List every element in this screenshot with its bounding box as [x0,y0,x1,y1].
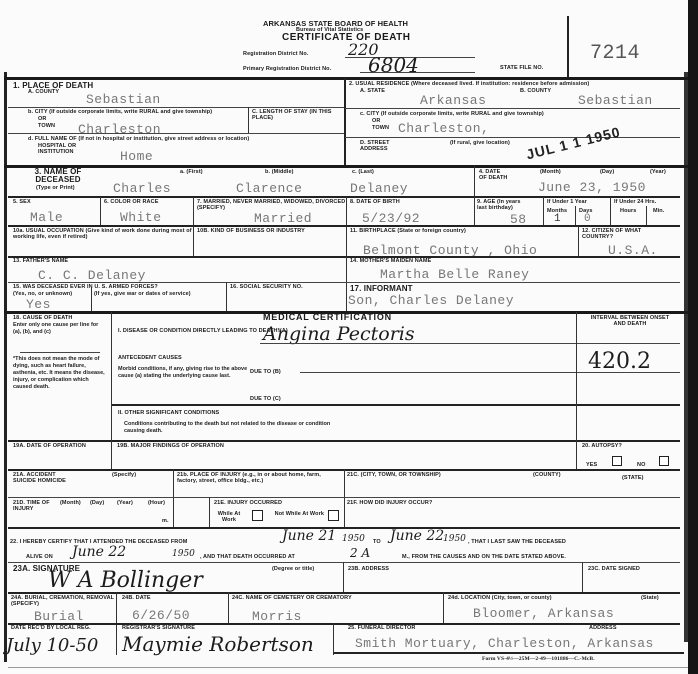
received-date-stamp: JUL 1 1 1950 [524,124,622,163]
race-label: 6. COLOR OR RACE [104,199,158,205]
name-sub-label: (Type or Print) [36,185,75,191]
residence-city-or: OR [372,118,380,124]
row-line [8,225,680,227]
scan-edge-right [688,0,698,674]
bottom-edge [8,667,688,668]
certificate-title: CERTIFICATE OF DEATH [282,32,411,43]
header-divider [4,77,688,80]
row-line [260,343,680,344]
primary-registration-value: 6804 [368,53,419,77]
cell-divider [173,469,174,527]
cell-divider [582,562,583,592]
cell-divider [346,226,347,256]
occupation-label: 10a. USUAL OCCUPATION (Give kind of work… [13,228,193,240]
cell-divider [543,197,544,225]
last-name-label: c. (Last) [352,169,374,175]
hospital-label: d. FULL NAME OF (If not in hospital or i… [28,136,249,142]
burial-type-label: 24a. BURIAL, CREMATION, REMOVAL (Specify… [11,595,116,607]
cell-divider [193,226,194,256]
accident-specify: (Specify) [112,472,136,478]
time-day-label: (Day) [90,500,104,506]
autopsy-label: 20. AUTOPSY? [582,443,622,449]
death-city-label: b. CITY (If outside corporate limits, wr… [28,109,212,115]
autopsy-yes-label: YES [586,462,597,468]
sex-label: 5. SEX [13,199,31,205]
armed-forces-value: Yes [26,297,51,312]
father-name-label: 13. FATHER'S NAME [13,258,68,264]
alive-on-value: June 22 [72,544,126,560]
antecedent-label: ANTECEDENT CAUSES [118,355,182,361]
row-line [8,133,344,134]
birthplace-label: 11. BIRTHPLACE (State or foreign country… [350,228,466,234]
cell-divider [226,282,227,312]
time-hour-label: (Hour) [148,500,165,506]
cell-divider [343,562,344,592]
cell-divider [474,166,475,197]
hospital-value: Home [120,149,153,164]
alive-on-label: ALIVE ON [26,554,53,560]
death-city-town: TOWN [38,123,55,129]
row-line [112,404,680,406]
attended-to-value: June 22 [390,528,444,544]
time-month-label: (Month) [60,500,81,506]
cell-divider [248,107,249,133]
cell-divider [91,288,92,312]
burial-date-label: 24b. DATE [122,595,151,601]
burial-state-label: (State) [641,595,659,601]
row-line [8,497,680,498]
place-residence-divider [344,78,346,166]
death-time-value: 2 A [350,546,370,560]
death-certificate: ARKANSAS STATE BOARD OF HEALTH Bureau of… [0,0,698,674]
residence-state-label: a. STATE [360,88,385,94]
residence-county-label: b. COUNTY [520,88,551,94]
usual-residence-label: 2. USUAL RESIDENCE (Where deceased lived… [349,81,589,87]
row-line [334,652,684,654]
other-conditions-description: Conditions contributing to the death but… [124,421,344,435]
middle-name-label: b. (Middle) [265,169,294,175]
state-file-value: 7214 [590,42,640,65]
cell-divider [100,197,101,225]
state-file-label: STATE FILE NO. [500,65,543,71]
cell-divider [575,206,576,225]
operation-date-label: 19a. DATE OF OPERATION [13,443,103,449]
residence-state-value: Arkansas [420,93,486,108]
degree-label: (Degree or title) [272,566,314,572]
form-border-right [684,72,688,642]
first-name-value: Charles [113,181,171,196]
burial-location-value: Bloomer, Arkansas [473,606,614,621]
row-line [8,440,680,442]
time-m-label: m. [162,518,169,524]
cell-divider [344,469,345,527]
days-value: 0 [584,213,591,225]
row-line [8,282,680,283]
months-value: 1 [554,213,561,225]
day-label: (Day) [600,169,614,175]
date-of-death-value: June 23, 1950 [538,180,646,195]
autopsy-no-checkbox[interactable] [659,456,669,466]
operation-findings-label: 19b. MAJOR FINDINGS OF OPERATION [117,443,224,449]
cell-divider [610,197,611,225]
sex-value: Male [30,210,63,225]
min-label: Min. [653,208,664,214]
cell-divider [576,312,577,440]
length-of-stay-label: c. LENGTH OF STAY (in this place) [252,109,337,121]
date-received-label: DATE REC'D BY LOCAL REG. [11,625,91,631]
row-line [8,527,680,529]
marital-status-value: Married [254,211,312,226]
cell-divider [193,197,194,225]
residence-city-value: Charleston, [398,121,489,136]
cause-note: *This does not mean the mode of dying, s… [13,356,108,391]
note-divider [20,352,100,353]
cell-divider [111,440,112,469]
hospital-sub-label: HOSPITAL OR INSTITUTION [38,143,93,155]
burial-date-value: 6/26/50 [132,608,190,623]
last-saw-statement: , THAT I LAST SAW THE DECEASED [468,539,566,545]
primary-registration-label: Primary Registration District No. [243,66,331,72]
due-to-b-label: DUE TO (b) [250,369,281,375]
ssn-label: 16. SOCIAL SECURITY NO. [230,284,303,290]
informant-value: Son, Charles Delaney [348,293,514,308]
funeral-director-label: 25. FUNERAL DIRECTOR [348,625,416,631]
time-year-label: (Year) [117,500,133,506]
cell-divider [474,197,475,225]
how-injury-label: 21f. HOW DID INJURY OCCUR? [347,500,432,506]
citizen-label: 12. CITIZEN OF WHAT COUNTRY? [582,228,672,240]
burial-type-value: Burial [34,609,84,624]
year-label: (Year) [650,169,666,175]
scan-edge-left [4,72,7,662]
autopsy-no-label: NO [637,462,645,468]
state-file-divider [567,16,569,78]
alive-on-year: 1950 [172,549,195,559]
row-line [8,623,680,625]
physician-address-label: 23b. ADDRESS [348,566,389,572]
mother-name-label: 14. MOTHER'S MAIDEN NAME [350,258,431,264]
month-label: (Month) [540,169,561,175]
registrar-signature-value: Maymie Robertson [122,632,314,656]
father-name-value: C. C. Delaney [38,268,146,283]
race-value: White [120,210,162,225]
mother-name-value: Martha Belle Raney [380,267,529,282]
form-number: Form VS-4½—25M—2-49—101886—C.-McB. [482,656,595,662]
interval-value: 420.2 [588,349,651,374]
row-line [345,108,680,109]
cell-divider [443,592,444,623]
to-label: TO [373,539,381,545]
interval-label: INTERVAL BETWEEN ONSET AND DEATH [586,315,674,327]
residence-county-value: Sebastian [578,93,653,108]
attended-from-value: June 21 [282,528,336,544]
cell-divider [578,226,579,256]
death-city-value: Charleston [78,122,161,137]
burial-location-label: 24d. LOCATION (City, town, or county) [448,595,552,601]
row-line [8,196,680,198]
injury-county-label: (COUNTY) [533,472,561,478]
due-to-c-label: DUE TO (c) [250,396,281,402]
date-received-value: July 10-50 [6,635,98,656]
armed-forces-label: 15. WAS DECEASED EVER IN U. S. ARMED FOR… [13,284,158,290]
cell-divider [576,440,577,469]
cemetery-value: Morris [252,609,302,624]
hours-label: Hours [620,208,636,214]
row-line [8,107,344,108]
death-county-label: a. COUNTY [28,89,59,95]
disease-value: Angina Pectoris [263,323,415,345]
autopsy-yes-checkbox[interactable] [612,456,622,466]
attended-to-year: 1950 [443,534,466,544]
funeral-address-label: ADDRESS [589,625,617,631]
other-conditions-label: II. OTHER SIGNIFICANT CONDITIONS [118,410,219,416]
row-line [8,562,680,563]
row-line [8,592,680,594]
registration-district-label: Registration District No. [243,51,308,57]
not-while-at-work-label: Not While At Work [272,511,324,517]
cause-of-death-label: 18. CAUSE OF DEATH [13,315,72,321]
cell-divider [646,206,647,225]
date-of-death-label: 4. DATE OF DEATH [479,169,509,181]
death-occurred-label: , AND THAT DEATH OCCURRED AT [200,554,295,560]
while-at-work-label: While At Work [213,511,245,523]
name-of-deceased-label: 3. NAME OF DECEASED [13,168,103,184]
not-while-at-work-checkbox[interactable] [328,510,339,521]
injury-city-label: 21c. (CITY, TOWN, OR TOWNSHIP) [347,472,441,478]
armed-forces-sub2: (If yes, give war or dates of service) [94,291,191,297]
residence-city-label: c. CITY (If outside corporate limits, wr… [360,111,544,117]
attended-from-year: 1950 [342,534,365,544]
while-at-work-checkbox[interactable] [252,510,263,521]
date-signed-label: 23c. DATE SIGNED [588,566,640,572]
informant-label: 17. INFORMANT [350,284,413,293]
injury-occurred-label: 21e. INJURY OCCURRED [214,500,282,506]
residence-street-label: d. STREET ADDRESS [360,140,400,152]
date-of-birth-value: 5/23/92 [362,211,420,226]
place-of-injury-label: 21b. PLACE OF INJURY (e.g., in or about … [177,472,342,484]
causes-statement: M., FROM THE CAUSES AND ON THE DATE STAT… [402,554,566,560]
injury-state-label: (STATE) [622,475,644,481]
death-county-value: Sebastian [86,92,161,107]
physician-signature: W A Bollinger [48,568,203,593]
row-line [345,137,680,138]
antecedent-description: Morbid conditions, if any, giving rise t… [118,366,253,380]
marital-status-label: 7. MARRIED, NEVER MARRIED, WIDOWED, DIVO… [197,199,347,211]
cell-divider [209,497,210,527]
cemetery-label: 24c. NAME OF CEMETERY OR CREMATORY [232,595,352,601]
time-of-injury-label: 21d. TIME OF INJURY [13,500,63,512]
cell-divider [111,312,112,440]
cell-divider [346,197,347,225]
cause-instructions: Enter only one cause per line for (a), (… [13,322,108,336]
registrar-signature-label: REGISTRAR'S SIGNATURE [122,625,195,631]
accident-label: 21a. ACCIDENT SUICIDE HOMICIDE [13,472,73,484]
business-label: 10b. KIND OF BUSINESS OR INDUSTRY [197,228,337,234]
date-of-birth-label: 8. DATE OF BIRTH [350,199,400,205]
residence-city-town: TOWN [372,125,389,131]
medical-certification-title: MEDICAL CERTIFICATION [263,313,392,322]
last-name-value: Delaney [350,181,408,196]
death-city-or: OR [38,116,46,122]
section-divider [4,165,688,168]
funeral-director-value: Smith Mortuary, Charleston, Arkansas [355,636,654,651]
residence-street-note: (If rural, give location) [450,140,510,146]
first-name-label: a. (First) [180,169,203,175]
cell-divider [333,623,334,655]
age-label: 9. AGE (In years last birthday) [477,199,527,211]
row-line [8,256,680,258]
under-24-hours-label: If Under 24 Hrs. [614,199,656,205]
under-one-year-label: If Under 1 Year [547,199,587,205]
cell-divider [228,592,229,623]
cell-divider [346,256,347,312]
middle-name-value: Clarence [236,181,302,196]
